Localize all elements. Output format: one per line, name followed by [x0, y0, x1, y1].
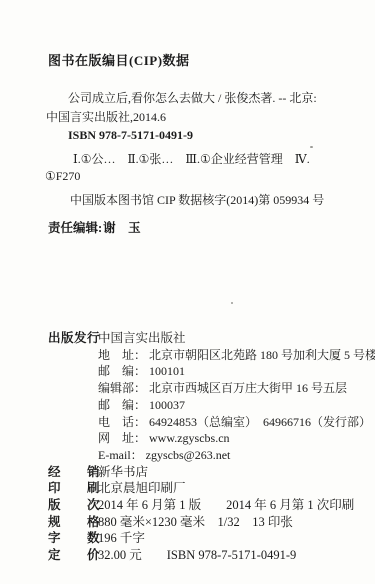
pub-row-label: 经 销	[48, 464, 98, 481]
pub-row-value: 196 千字	[98, 530, 145, 547]
pub-row-printer: 印 刷 北京晨旭印刷厂	[48, 480, 361, 497]
pub-row-value: 中国言实出版社	[98, 330, 186, 347]
pub-row-label: 版 次	[48, 497, 98, 514]
pub-row-format: 规 格 880 毫米×1230 毫米 1/32 13 印张	[48, 514, 361, 531]
pub-row-label: 字 数	[48, 530, 98, 547]
pub-row-word-count: 字 数 196 千字	[48, 530, 361, 547]
pub-row-value: 北京晨旭印刷厂	[98, 480, 186, 497]
pub-row-website: 网 址： www.zgyscbs.cn	[48, 430, 361, 447]
cip-record-number: 中国版本图书馆 CIP 数据核字(2014)第 059934 号	[48, 192, 349, 208]
pub-row-value: 北京市西城区百万庄大街甲 16 号五层	[149, 380, 347, 397]
pub-row-email: E-mail： zgyscbs@263.net	[48, 447, 361, 464]
pub-row-value: 北京市朝阳区北苑路 180 号加利大厦 5 号楼 105 室	[149, 347, 375, 364]
scan-speck	[310, 146, 313, 148]
pub-row-value: zgyscbs@263.net	[146, 447, 231, 464]
pub-row-value: 2014 年 6 月第 1 版 2014 年 6 月第 1 次印刷	[98, 497, 354, 514]
responsible-editor-label: 责任编辑:	[48, 221, 102, 235]
pub-row-value: 100101	[149, 363, 185, 380]
pub-row-value: 880 毫米×1230 毫米 1/32 13 印张	[98, 514, 293, 531]
responsible-editor-name: 谢 玉	[103, 221, 141, 235]
cip-bib-line-2: 中国言实出版社,2014.6	[46, 108, 349, 126]
cip-class-line-1: Ⅰ.①公… Ⅱ.①张… Ⅲ.①企业经营管理 Ⅳ.	[48, 151, 349, 167]
cip-bib-line-1: 公司成立后,看你怎么去做大 / 张俊杰著. -- 北京:	[48, 89, 349, 107]
pub-row-telephone: 电 话： 64924853（总编室） 64966716（发行部）	[48, 414, 361, 431]
pub-row-editorial-dept: 编辑部： 北京市西城区百万庄大街甲 16 号五层	[48, 380, 361, 397]
pub-row-label: 邮 编：	[98, 397, 146, 414]
pub-row-value: 64924853（总编室） 64966716（发行部）	[149, 414, 371, 431]
pub-row-label: 印 刷	[48, 480, 98, 497]
cip-section: 图书在版编目(CIP)数据 公司成立后,看你怎么去做大 / 张俊杰著. -- 北…	[0, 0, 375, 236]
pub-row-value: 32.00 元 ISBN 978-7-5171-0491-9	[98, 547, 296, 564]
pub-row-value: www.zgyscbs.cn	[149, 430, 230, 447]
pub-row-label: 定 价	[48, 547, 98, 564]
pub-row-label: 规 格	[48, 514, 98, 531]
pub-row-postcode-1: 邮 编： 100101	[48, 363, 361, 380]
pub-row-label: 电 话：	[98, 414, 146, 431]
pub-row-value: 100037	[149, 397, 185, 414]
pub-row-postcode-2: 邮 编： 100037	[48, 397, 361, 414]
pub-row-label: 出版发行	[48, 330, 98, 347]
pub-row-label: 邮 编：	[98, 363, 146, 380]
pub-row-value: 新华书店	[98, 464, 148, 481]
scan-speck	[231, 302, 233, 304]
pub-row-label: 编辑部：	[98, 380, 146, 397]
pub-row-edition: 版 次 2014 年 6 月第 1 版 2014 年 6 月第 1 次印刷	[48, 497, 361, 514]
cip-class-line-2: ①F270	[45, 168, 349, 184]
pub-row-publisher: 出版发行 中国言实出版社	[48, 330, 361, 347]
cip-title: 图书在版编目(CIP)数据	[48, 50, 349, 69]
pub-row-address: 地 址： 北京市朝阳区北苑路 180 号加利大厦 5 号楼 105 室	[48, 347, 361, 364]
pub-row-distributor: 经 销 新华书店	[48, 464, 361, 481]
responsible-editor-line: 责任编辑:谢 玉	[48, 218, 349, 236]
pub-row-label: E-mail：	[98, 447, 143, 464]
copyright-page: 图书在版编目(CIP)数据 公司成立后,看你怎么去做大 / 张俊杰著. -- 北…	[0, 0, 375, 584]
pub-row-label: 地 址：	[98, 347, 146, 364]
pub-row-label: 网 址：	[98, 430, 146, 447]
pub-row-price: 定 价 32.00 元 ISBN 978-7-5171-0491-9	[48, 547, 361, 564]
cip-isbn-line: ISBN 978-7-5171-0491-9	[48, 127, 349, 144]
publication-info-section: 出版发行 中国言实出版社 地 址： 北京市朝阳区北苑路 180 号加利大厦 5 …	[0, 330, 375, 564]
